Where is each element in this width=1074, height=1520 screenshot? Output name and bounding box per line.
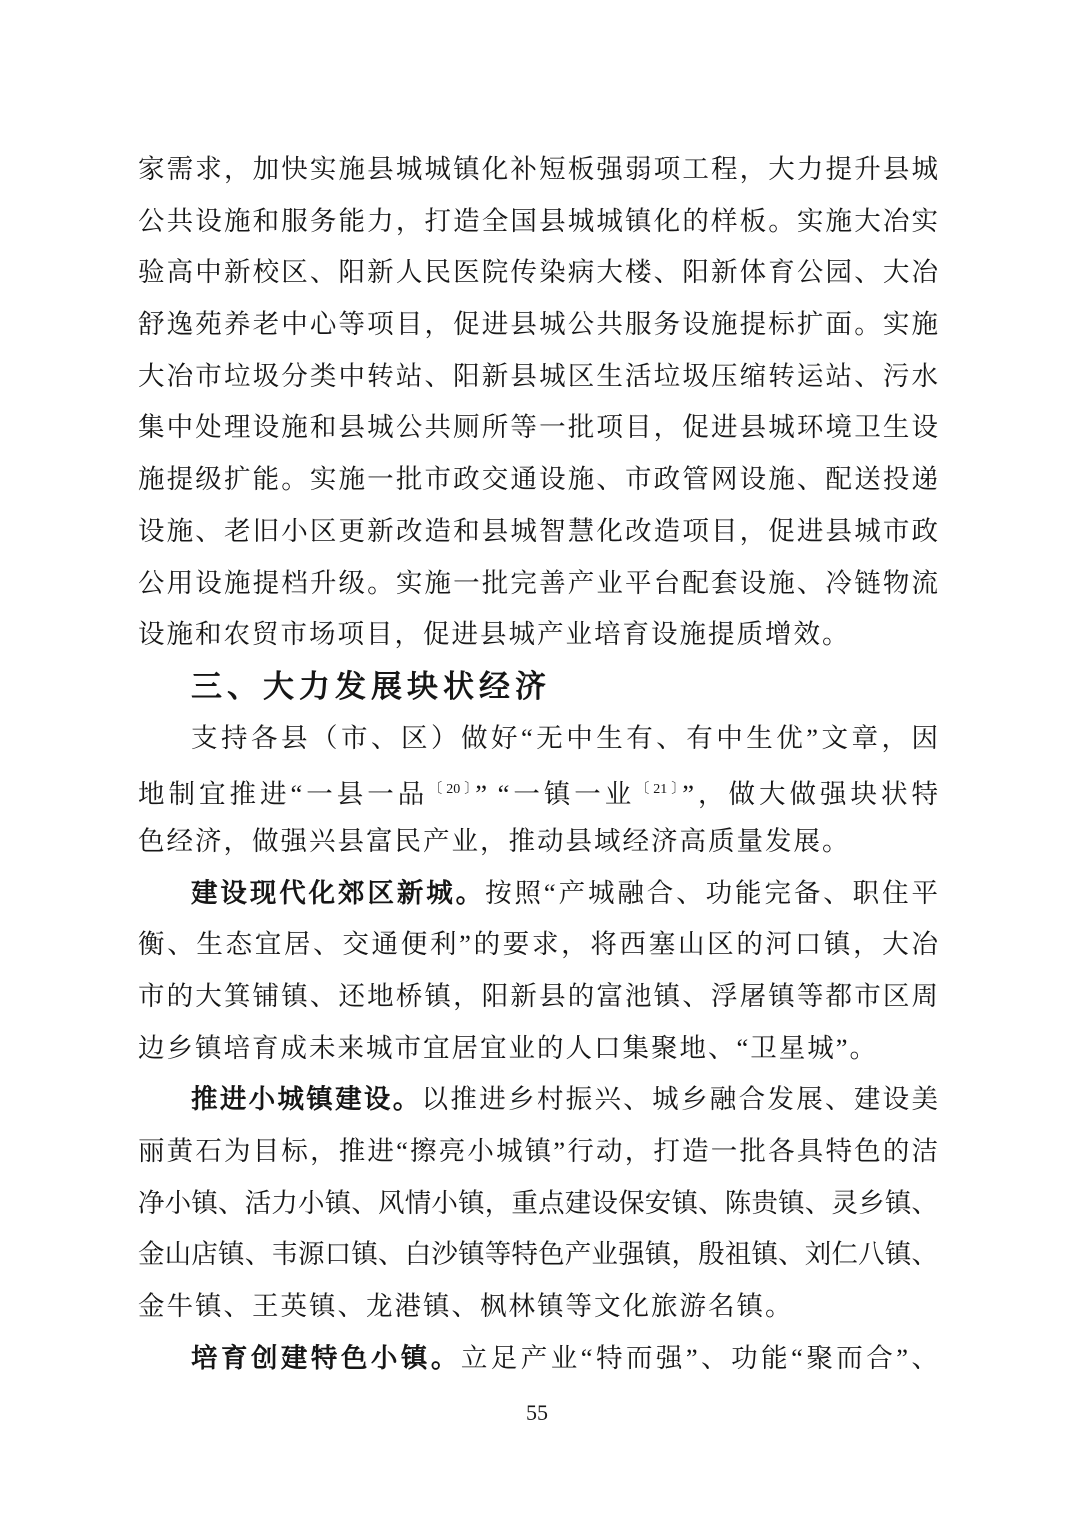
text-run: ” “一镇一业 [475, 779, 635, 809]
text-run: 地制宜推进“一县一品 [138, 779, 428, 809]
text-line: 边乡镇培育成未来城市宜居宜业的人口集聚地、“卫星城”。 [138, 1023, 938, 1075]
bold-lead-text: 推进小城镇建设。 [191, 1084, 422, 1114]
bold-lead-text: 培育创建特色小镇。 [191, 1343, 461, 1373]
text-line: 家需求，加快实施县城城镇化补短板强弱项工程，大力提升县城 [138, 144, 938, 196]
text-run: 金牛镇、王英镇、龙港镇、枫林镇等文化旅游名镇。 [138, 1291, 794, 1321]
document-body: 家需求，加快实施县城城镇化补短板强弱项工程，大力提升县城公共设施和服务能力，打造… [138, 144, 938, 1385]
text-run: 以推进乡村振兴、城乡融合发展、建设美 [422, 1084, 938, 1114]
text-line: 建设现代化郊区新城。按照“产城融合、功能完备、职住平 [138, 868, 938, 920]
text-line: 设施、老旧小区更新改造和县城智慧化改造项目，促进县城市政 [138, 506, 938, 558]
text-line: 集中处理设施和县城公共厕所等一批项目，促进县城环境卫生设 [138, 402, 938, 454]
text-line: 舒逸苑养老中心等项目，促进县城公共服务设施提标扩面。实施 [138, 299, 938, 351]
text-run: 支持各县（市、区）做好“无中生有、有中生优”文章，因 [191, 723, 938, 753]
text-run: 按照“产城融合、功能完备、职住平 [485, 878, 938, 908]
text-line: 设施和农贸市场项目，促进县城产业培育设施提质增效。 [138, 609, 938, 661]
text-run: 丽黄石为目标，推进“擦亮小城镇”行动，打造一批各具特色的洁 [138, 1136, 938, 1166]
text-line: 地制宜推进“一县一品〔20〕” “一镇一业〔21〕”，做大做强块状特 [138, 764, 938, 816]
text-line: 市的大箕铺镇、还地桥镇，阳新县的富池镇、浮屠镇等都市区周 [138, 971, 938, 1023]
text-line: 丽黄石为目标，推进“擦亮小城镇”行动，打造一批各具特色的洁 [138, 1126, 938, 1178]
text-run: 衡、生态宜居、交通便利”的要求，将西塞山区的河口镇，大冶 [138, 929, 938, 959]
text-run: 净小镇、活力小镇、风情小镇，重点建设保安镇、陈贵镇、灵乡镇、 [138, 1188, 938, 1218]
text-line: 培育创建特色小镇。立足产业“特而强”、功能“聚而合”、 [138, 1333, 938, 1385]
text-run: 金山店镇、韦源口镇、白沙镇等特色产业强镇，殷祖镇、刘仁八镇、 [138, 1239, 938, 1269]
text-line: 净小镇、活力小镇、风情小镇，重点建设保安镇、陈贵镇、灵乡镇、 [138, 1178, 938, 1230]
text-run: 大冶市垃圾分类中转站、阳新县城区生活垃圾压缩转运站、污水 [138, 361, 938, 391]
text-run: 公用设施提档升级。实施一批完善产业平台配套设施、冷链物流 [138, 568, 938, 598]
text-line: 推进小城镇建设。以推进乡村振兴、城乡融合发展、建设美 [138, 1074, 938, 1126]
text-line: 支持各县（市、区）做好“无中生有、有中生优”文章，因 [138, 713, 938, 765]
text-run: 设施、老旧小区更新改造和县城智慧化改造项目，促进县城市政 [138, 516, 938, 546]
bold-lead-text: 建设现代化郊区新城。 [191, 878, 485, 908]
text-line: 色经济，做强兴县富民产业，推动县域经济高质量发展。 [138, 816, 938, 868]
text-run: 立足产业“特而强”、功能“聚而合”、 [461, 1343, 938, 1373]
text-line: 验高中新校区、阳新人民医院传染病大楼、阳新体育公园、大冶 [138, 247, 938, 299]
text-line: 大冶市垃圾分类中转站、阳新县城区生活垃圾压缩转运站、污水 [138, 351, 938, 403]
text-run: 验高中新校区、阳新人民医院传染病大楼、阳新体育公园、大冶 [138, 257, 938, 287]
text-run: 舒逸苑养老中心等项目，促进县城公共服务设施提标扩面。实施 [138, 309, 938, 339]
text-run: 公共设施和服务能力，打造全国县城城镇化的样板。实施大冶实 [138, 206, 938, 236]
page-number: 55 [0, 1400, 1074, 1426]
text-run: 施提级扩能。实施一批市政交通设施、市政管网设施、配送投递 [138, 464, 938, 494]
text-line: 施提级扩能。实施一批市政交通设施、市政管网设施、配送投递 [138, 454, 938, 506]
text-run: ”，做大做强块状特 [682, 779, 938, 809]
text-run: 色经济，做强兴县富民产业，推动县域经济高质量发展。 [138, 826, 851, 856]
footnote-reference: 〔21〕 [635, 782, 682, 797]
text-run: 市的大箕铺镇、还地桥镇，阳新县的富池镇、浮屠镇等都市区周 [138, 981, 938, 1011]
footnote-reference: 〔20〕 [428, 782, 475, 797]
text-line: 衡、生态宜居、交通便利”的要求，将西塞山区的河口镇，大冶 [138, 919, 938, 971]
text-run: 家需求，加快实施县城城镇化补短板强弱项工程，大力提升县城 [138, 154, 938, 184]
document-page: 家需求，加快实施县城城镇化补短板强弱项工程，大力提升县城公共设施和服务能力，打造… [0, 0, 1074, 1520]
text-run: 集中处理设施和县城公共厕所等一批项目，促进县城环境卫生设 [138, 412, 938, 442]
text-run: 边乡镇培育成未来城市宜居宜业的人口集聚地、“卫星城”。 [138, 1033, 878, 1063]
text-line: 公共设施和服务能力，打造全国县城城镇化的样板。实施大冶实 [138, 196, 938, 248]
text-line: 金牛镇、王英镇、龙港镇、枫林镇等文化旅游名镇。 [138, 1281, 938, 1333]
text-line: 金山店镇、韦源口镇、白沙镇等特色产业强镇，殷祖镇、刘仁八镇、 [138, 1229, 938, 1281]
section-heading: 三、大力发展块状经济 [138, 661, 938, 713]
text-line: 公用设施提档升级。实施一批完善产业平台配套设施、冷链物流 [138, 558, 938, 610]
text-run: 设施和农贸市场项目，促进县城产业培育设施提质增效。 [138, 619, 851, 649]
